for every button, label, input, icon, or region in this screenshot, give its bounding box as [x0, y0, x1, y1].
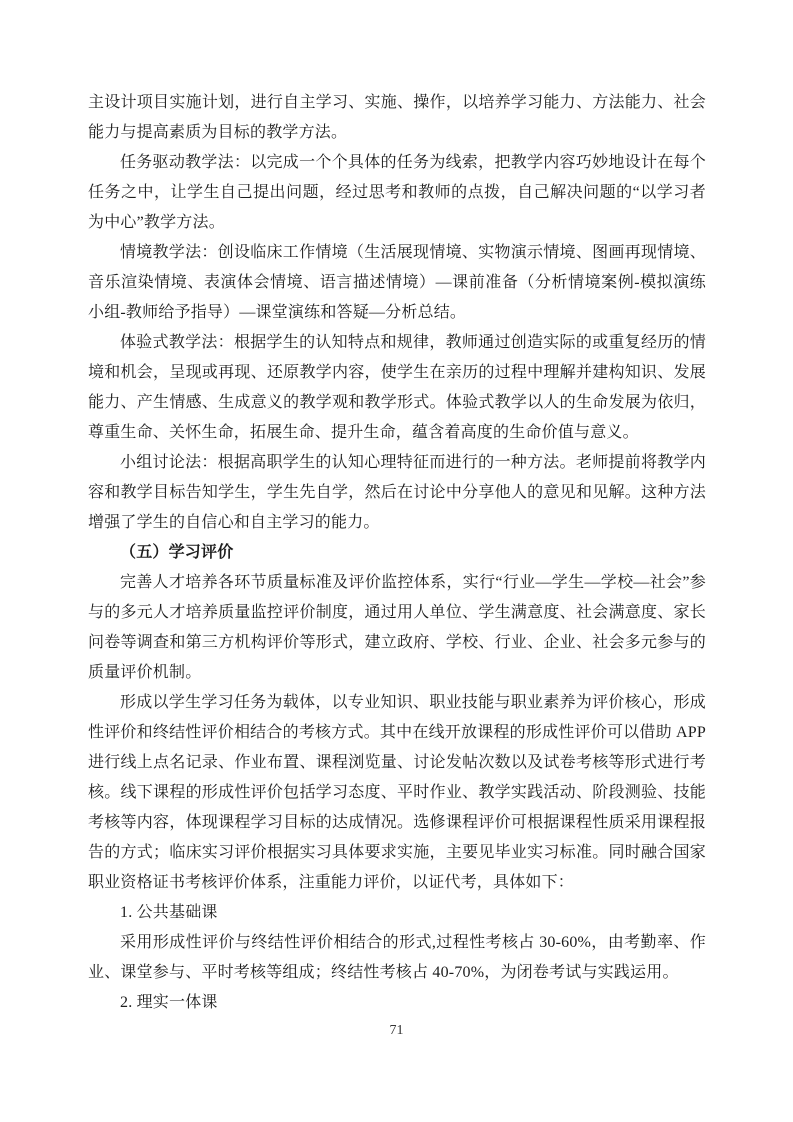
numbered-item-theory-practice-course: 2. 理实一体课: [88, 988, 706, 1018]
paragraph-assessment-system: 形成以学生学习任务为载体，以专业知识、职业技能与职业素养为评价核心，形成性评价和…: [88, 688, 706, 898]
page-number: 71: [0, 1021, 793, 1041]
paragraph-public-basic-course-assessment: 采用形成性评价与终结性评价相结合的形式,过程性考核占 30-60%，由考勤率、作…: [88, 928, 706, 988]
paragraph-situational-method: 情境教学法：创设临床工作情境（生活展现情境、实物演示情境、图画再现情境、音乐渲染…: [88, 238, 706, 328]
section-heading-learning-evaluation: （五）学习评价: [88, 538, 706, 568]
numbered-item-public-basic-course: 1. 公共基础课: [88, 898, 706, 928]
paragraph-group-discussion-method: 小组讨论法：根据高职学生的认知心理特征而进行的一种方法。老师提前将教学内容和教学…: [88, 448, 706, 538]
paragraph-experiential-method: 体验式教学法：根据学生的认知特点和规律，教师通过创造实际的或重复经历的情境和机会…: [88, 328, 706, 448]
paragraph-quality-monitoring: 完善人才培养各环节质量标准及评价监控体系，实行“行业—学生—学校—社会”参与的多…: [88, 568, 706, 688]
paragraph-teaching-method-continuation: 主设计项目实施计划，进行自主学习、实施、操作，以培养学习能力、方法能力、社会能力…: [88, 88, 706, 148]
document-text-block: 主设计项目实施计划，进行自主学习、实施、操作，以培养学习能力、方法能力、社会能力…: [88, 88, 706, 1018]
paragraph-task-driven-method: 任务驱动教学法：以完成一个个具体的任务为线索，把教学内容巧妙地设计在每个任务之中…: [88, 148, 706, 238]
document-page: 主设计项目实施计划，进行自主学习、实施、操作，以培养学习能力、方法能力、社会能力…: [0, 0, 793, 1122]
